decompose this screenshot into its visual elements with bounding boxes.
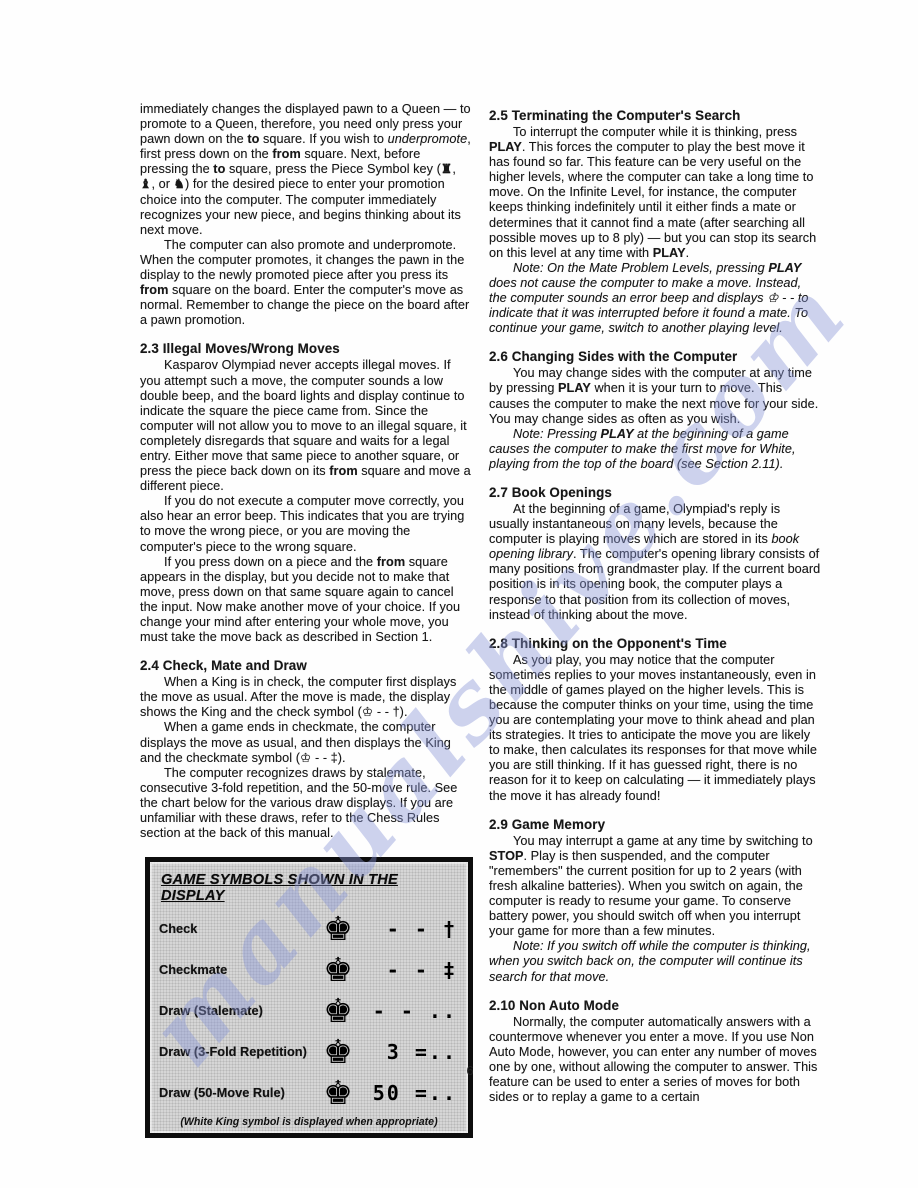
left-column: immediately changes the displayed pawn t… — [140, 102, 472, 1138]
section-heading-2-8: 2.8 Thinking on the Opponent's Time — [489, 636, 821, 651]
paragraph: When a game ends in checkmate, the compu… — [140, 720, 472, 765]
paragraph: Normally, the computer automatically ans… — [489, 1015, 821, 1106]
section-heading-2-5: 2.5 Terminating the Computer's Search — [489, 108, 821, 123]
chart-row-check: Check ♚ - - † — [159, 908, 459, 949]
lcd-display-value: - - .. — [359, 999, 459, 1023]
paragraph: immediately changes the displayed pawn t… — [140, 102, 472, 238]
chart-row-draw-3fold: Draw (3-Fold Repetition) ♚ 3 =.. — [159, 1031, 459, 1072]
chart-row-draw-stalemate: Draw (Stalemate) ♚ - - .. — [159, 990, 459, 1031]
paragraph: The computer can also promote and underp… — [140, 238, 472, 329]
king-icon: ♚ — [317, 994, 359, 1027]
game-symbols-chart: GAME SYMBOLS SHOWN IN THE DISPLAY Check … — [145, 857, 473, 1138]
paragraph: At the beginning of a game, Olympiad's r… — [489, 502, 821, 623]
page-number: 6 — [455, 1063, 485, 1078]
section-heading-2-9: 2.9 Game Memory — [489, 817, 821, 832]
king-icon: ♚ — [317, 1076, 359, 1109]
section-heading-2-3: 2.3 Illegal Moves/Wrong Moves — [140, 341, 472, 356]
paragraph: As you play, you may notice that the com… — [489, 653, 821, 804]
paragraph: The computer recognizes draws by stalema… — [140, 766, 472, 841]
paragraph: You may change sides with the computer a… — [489, 366, 821, 426]
row-label: Draw (Stalemate) — [159, 1003, 317, 1018]
chart-row-checkmate: Checkmate ♚ - - ‡ — [159, 949, 459, 990]
manual-page-scan: immediately changes the displayed pawn t… — [0, 0, 918, 1188]
chart-title: GAME SYMBOLS SHOWN IN THE DISPLAY — [161, 872, 459, 904]
lcd-display-value: - - ‡ — [359, 958, 459, 982]
paragraph: You may interrupt a game at any time by … — [489, 834, 821, 940]
note-paragraph: Note: On the Mate Problem Levels, pressi… — [489, 261, 821, 336]
section-heading-2-10: 2.10 Non Auto Mode — [489, 998, 821, 1013]
lcd-display-value: 3 =.. — [359, 1040, 459, 1064]
paragraph: Kasparov Olympiad never accepts illegal … — [140, 358, 472, 494]
section-heading-2-7: 2.7 Book Openings — [489, 485, 821, 500]
paragraph: When a King is in check, the computer fi… — [140, 675, 472, 720]
paragraph: If you press down on a piece and the fro… — [140, 555, 472, 646]
row-label: Check — [159, 921, 317, 936]
row-label: Checkmate — [159, 962, 317, 977]
lcd-display-value: - - † — [359, 917, 459, 941]
note-paragraph: Note: Pressing PLAY at the beginning of … — [489, 427, 821, 472]
king-icon: ♚ — [317, 912, 359, 945]
row-label: Draw (50-Move Rule) — [159, 1085, 317, 1100]
paragraph: To interrupt the computer while it is th… — [489, 125, 821, 261]
king-icon: ♚ — [317, 1035, 359, 1068]
chart-footnote: (White King symbol is displayed when app… — [159, 1116, 459, 1128]
row-label: Draw (3-Fold Repetition) — [159, 1044, 317, 1059]
right-column: 2.5 Terminating the Computer's Search To… — [489, 108, 821, 1105]
king-icon: ♚ — [317, 953, 359, 986]
note-paragraph: Note: If you switch off while the comput… — [489, 939, 821, 984]
paragraph: If you do not execute a computer move co… — [140, 494, 472, 554]
lcd-display-value: 50 =.. — [359, 1081, 459, 1105]
section-heading-2-6: 2.6 Changing Sides with the Computer — [489, 349, 821, 364]
chart-row-draw-50move: Draw (50-Move Rule) ♚ 50 =.. — [159, 1072, 459, 1113]
section-heading-2-4: 2.4 Check, Mate and Draw — [140, 658, 472, 673]
